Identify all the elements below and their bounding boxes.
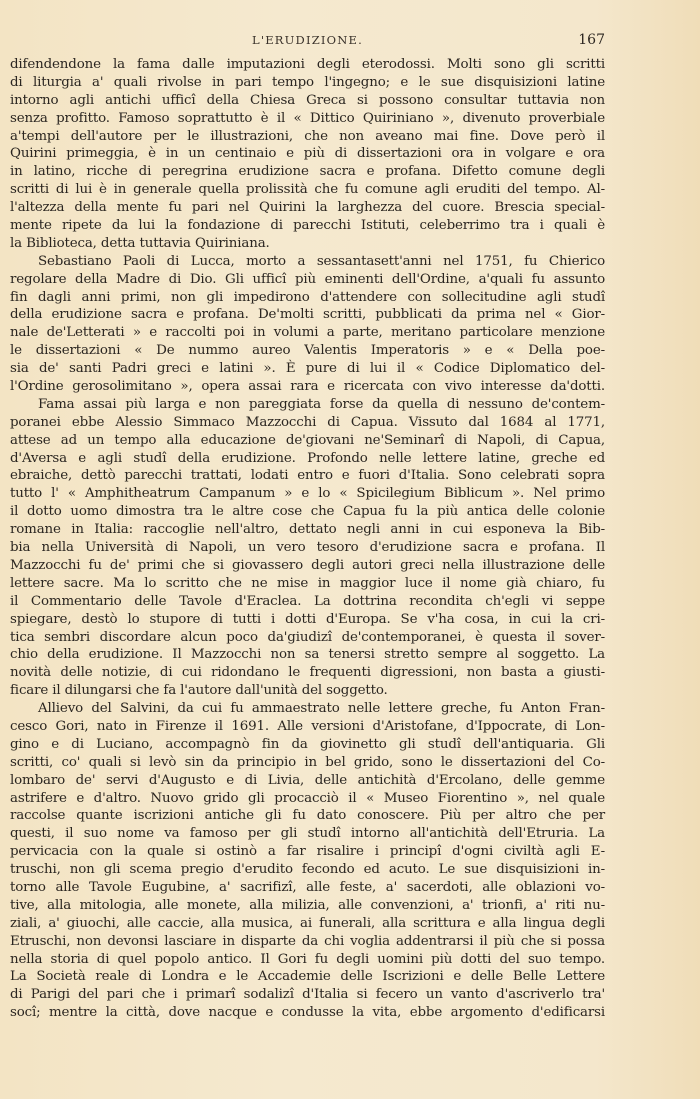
- text-line: Etruschi, non devonsi lasciare in dispar…: [10, 933, 605, 951]
- paragraph-start-line: Allievo del Salvini, da cui fu ammaestra…: [10, 700, 605, 718]
- paragraph-end-line: ficare il dilungarsi che fa l'autore dal…: [10, 682, 605, 700]
- text-line: tica sembri discordare alcun poco da'giu…: [10, 629, 605, 647]
- text-line: difendendone la fama dalle imputazioni d…: [10, 56, 605, 74]
- text-line: a'tempi dell'autore per le illustrazioni…: [10, 128, 605, 146]
- paragraph-start-line: Sebastiano Paoli di Lucca, morto a sessa…: [10, 253, 605, 271]
- text-line: ziali, a' giuochi, alle caccie, alla mus…: [10, 915, 605, 933]
- text-line: Mazzocchi fu de' primi che si giovassero…: [10, 557, 605, 575]
- text-line: di liturgia a' quali rivolse in pari tem…: [10, 74, 605, 92]
- text-line: regolare della Madre di Dio. Gli ufficî …: [10, 271, 605, 289]
- text-line: chio della erudizione. Il Mazzocchi non …: [10, 646, 605, 664]
- body-text: difendendone la fama dalle imputazioni d…: [10, 56, 605, 1022]
- text-line: nale de'Letterati » e raccolti poi in vo…: [10, 324, 605, 342]
- text-line: tive, alla mitologia, alle monete, alla …: [10, 897, 605, 915]
- text-line: lombaro de' servi d'Augusto e di Livia, …: [10, 772, 605, 790]
- running-title: L'ERUDIZIONE.: [10, 33, 605, 47]
- text-line: ebraiche, dettò parecchi trattati, lodat…: [10, 467, 605, 485]
- text-line: il Commentario delle Tavole d'Eraclea. L…: [10, 593, 605, 611]
- text-line: La Società reale di Londra e le Accademi…: [10, 968, 605, 986]
- text-line: di Parigi del pari che i primarî sodaliz…: [10, 986, 605, 1004]
- text-line: socî; mentre la città, dove nacque e con…: [10, 1004, 605, 1022]
- text-line: d'Aversa e agli studî della erudizione. …: [10, 450, 605, 468]
- text-line: in latino, ricche di peregrina erudizion…: [10, 163, 605, 181]
- page-number: 167: [578, 32, 605, 48]
- text-line: scritti di lui è in generale quella prol…: [10, 181, 605, 199]
- text-line: lettere sacre. Ma lo scritto che ne mise…: [10, 575, 605, 593]
- text-line: tutto l' « Amphitheatrum Campanum » e lo…: [10, 485, 605, 503]
- text-line: truschi, non gli scema pregio d'erudito …: [10, 861, 605, 879]
- text-line: le dissertazioni « De nummo aureo Valent…: [10, 342, 605, 360]
- text-line: fin dagli anni primi, non gli impedirono…: [10, 289, 605, 307]
- text-line: romane in Italia: raccoglie nell'altro, …: [10, 521, 605, 539]
- text-line: il dotto uomo dimostra tra le altre cose…: [10, 503, 605, 521]
- text-line: attese ad un tempo alla educazione de'gi…: [10, 432, 605, 450]
- text-line: questi, il suo nome va famoso per gli st…: [10, 825, 605, 843]
- text-line: torno alle Tavole Eugubine, a' sacrifizî…: [10, 879, 605, 897]
- paragraph-end-line: la Biblioteca, detta tuttavia Quiriniana…: [10, 235, 605, 253]
- text-line: bia nella Università di Napoli, un vero …: [10, 539, 605, 557]
- text-line: mente ripete da lui la fondazione di par…: [10, 217, 605, 235]
- text-line: spiegare, destò lo stupore di tutti i do…: [10, 611, 605, 629]
- text-line: sia de' santi Padri greci e latini ». È …: [10, 360, 605, 378]
- running-header: L'ERUDIZIONE. 167: [10, 33, 605, 53]
- text-line: raccolse quante iscrizioni antiche gli f…: [10, 807, 605, 825]
- text-line: cesco Gori, nato in Firenze il 1691. All…: [10, 718, 605, 736]
- text-line: l'altezza della mente fu pari nel Quirin…: [10, 199, 605, 217]
- text-line: gino e di Luciano, accompagnò fin da gio…: [10, 736, 605, 754]
- paragraph-end-line: l'Ordine gerosolimitano », opera assai r…: [10, 378, 605, 396]
- text-line: novità delle notizie, di cui ridondano l…: [10, 664, 605, 682]
- text-line: senza profitto. Famoso soprattutto è il …: [10, 110, 605, 128]
- paragraph-start-line: Fama assai più larga e non pareggiata fo…: [10, 396, 605, 414]
- text-line: Quirini primeggia, è in un centinaio e p…: [10, 145, 605, 163]
- text-line: della erudizione sacra e profana. De'mol…: [10, 306, 605, 324]
- text-line: pervicacia con la quale si ostinò a far …: [10, 843, 605, 861]
- text-line: intorno agli antichi ufficî della Chiesa…: [10, 92, 605, 110]
- text-line: poranei ebbe Alessio Simmaco Mazzocchi d…: [10, 414, 605, 432]
- text-line: nella storia di quel popolo antico. Il G…: [10, 951, 605, 969]
- text-line: scritti, co' quali si levò sin da princi…: [10, 754, 605, 772]
- text-line: astrifere e d'altro. Nuovo grido gli pro…: [10, 790, 605, 808]
